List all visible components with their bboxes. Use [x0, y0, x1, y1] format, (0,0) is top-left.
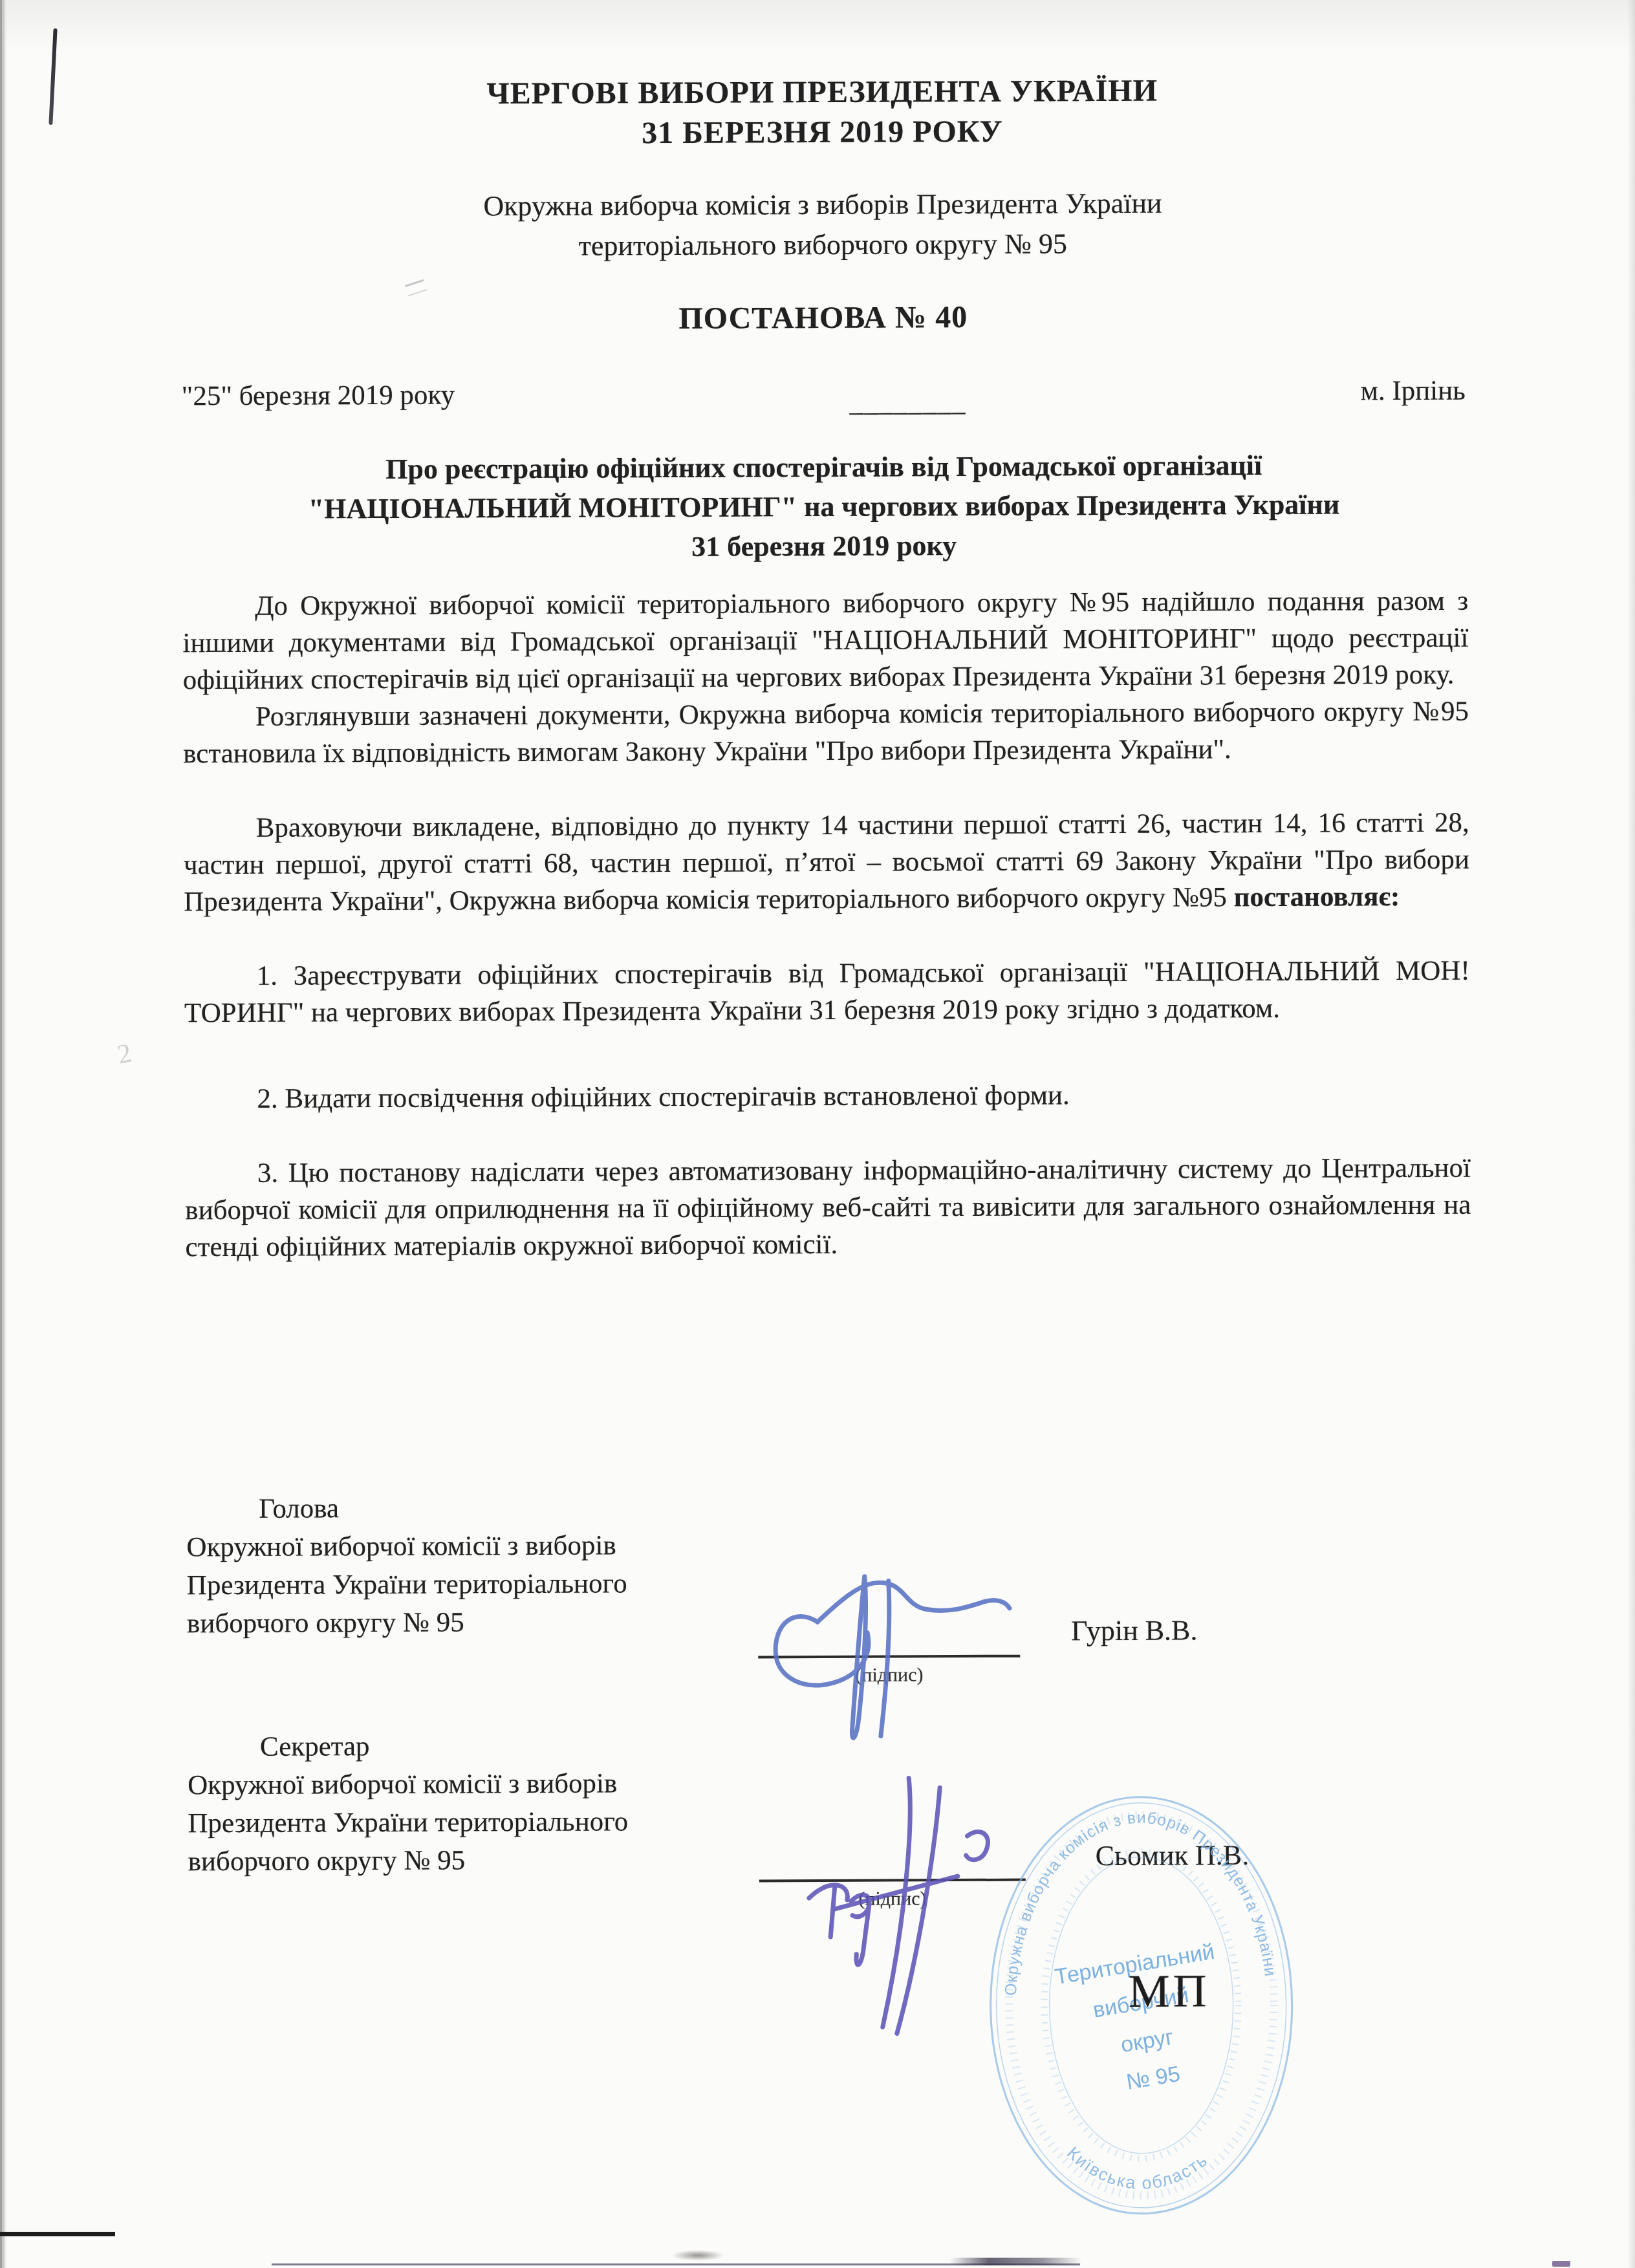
decree-subject: Про реєстрацію офіційних спостерігачів в… [182, 445, 1466, 569]
paragraph-review: Розглянувши зазначені документи, Окружна… [183, 693, 1469, 773]
subject-line-3: 31 березня 2019 року [182, 524, 1466, 569]
header-line-2: 31 БЕРЕЗНЯ 2019 РОКУ [180, 110, 1464, 156]
scanned-decree-page: 2 ЧЕРГОВІ ВИБОРИ ПРЕЗИДЕНТА УКРАЇНИ 31 Б… [0, 0, 1635, 2268]
subject-line-1: Про реєстрацію офіційних спостерігачів в… [182, 445, 1466, 490]
paragraph-resolution: Враховуючи викладене, відповідно до пунк… [184, 805, 1470, 921]
decree-title: ПОСТАНОВА № 40 [181, 296, 1465, 341]
header-line-1: ЧЕРГОВІ ВИБОРИ ПРЕЗИДЕНТА УКРАЇНИ [180, 70, 1464, 116]
seal-center-line-3: округ [1119, 2025, 1175, 2058]
resolution-item-2: 2. Видати посвідчення офіційних спостері… [184, 1075, 1470, 1118]
head-handwritten-signature [756, 1545, 1028, 1760]
document-header: ЧЕРГОВІ ВИБОРИ ПРЕЗИДЕНТА УКРАЇНИ 31 БЕР… [180, 70, 1465, 156]
seal-center-line-4: № 95 [1125, 2062, 1182, 2095]
issuing-commission: Окружна виборча комісія з виборів Презид… [180, 182, 1465, 268]
paragraph-resolution-keyword: постановляє: [1234, 881, 1400, 913]
head-position: Голова [186, 1487, 898, 1528]
dateline: "25" березня 2019 року ________ м. Ірпін… [182, 375, 1466, 413]
issuer-line-2: територіального виборчого округу № 95 [181, 222, 1465, 268]
decree-date: "25" березня 2019 року [182, 379, 455, 412]
subject-line-2: "НАЦІОНАЛЬНИЙ МОНІТОРИНГ" на чергових ви… [182, 484, 1466, 530]
decree-body: До Окружної виборчої комісії територіаль… [182, 583, 1471, 1266]
paragraph-submission: До Окружної виборчої комісії територіаль… [182, 583, 1469, 699]
resolution-item-3: 3. Цю постанову надіслати через автомати… [185, 1150, 1471, 1266]
decree-place: м. Ірпінь [1361, 375, 1466, 407]
secretary-handwritten-signature [773, 1738, 1046, 2044]
resolution-item-1: 1. Зареєструвати офіційних спостерігачів… [184, 953, 1470, 1032]
mp-seal-label: МП [1128, 1964, 1209, 2018]
head-name: Гурін В.В. [1071, 1614, 1197, 1647]
issuer-line-1: Окружна виборча комісія з виборів Презид… [180, 182, 1464, 228]
dateline-blank: ________ [849, 386, 966, 418]
